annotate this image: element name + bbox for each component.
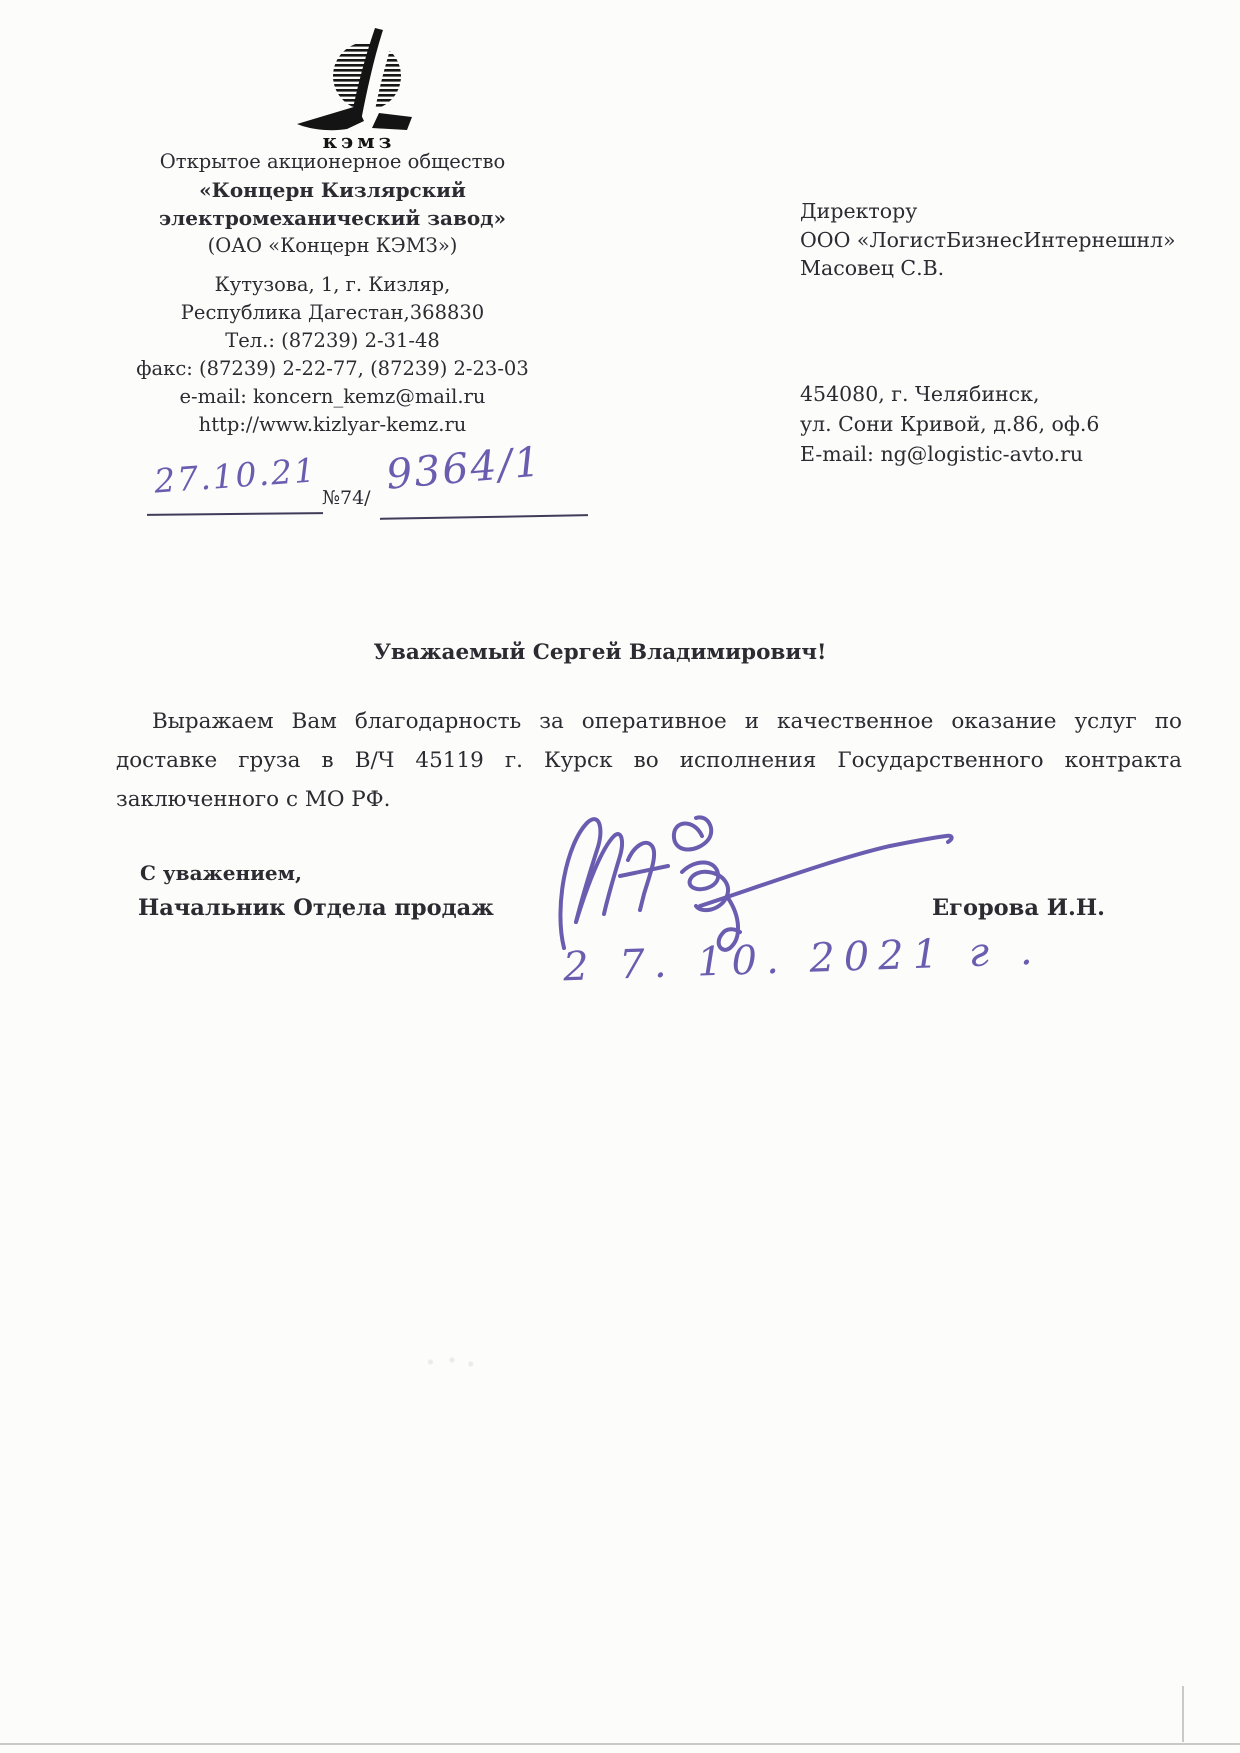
reference-number-prefix: №74/ xyxy=(322,487,371,509)
aircraft-wing xyxy=(297,106,364,130)
signer-position: Начальник Отдела продаж xyxy=(138,895,494,921)
org-short-name: (ОАО «Концерн КЭМЗ») xyxy=(105,232,560,260)
recipient-block: Директору ООО «ЛогистБизнесИнтернешнл» М… xyxy=(800,197,1240,283)
recipient-person: Масовец С.В. xyxy=(800,254,1240,283)
number-underline xyxy=(380,514,588,520)
kemz-logo: кэмз xyxy=(295,28,425,156)
recipient-company: ООО «ЛогистБизнесИнтернешнл» xyxy=(800,226,1240,255)
scan-edge-artifact-right xyxy=(1182,1686,1184,1742)
closing-regards: С уважением, xyxy=(140,861,302,885)
sender-phone: Тел.: (87239) 2-31-48 xyxy=(105,327,560,355)
sender-contacts: Кутузова, 1, г. Кизляр, Республика Дагес… xyxy=(105,271,560,439)
scanned-letter-page: кэмз Открытое акционерное общество «Конц… xyxy=(0,0,1240,1753)
sender-street: Кутузова, 1, г. Кизляр, xyxy=(105,271,560,299)
date-underline xyxy=(147,512,323,516)
aircraft-base xyxy=(372,113,412,130)
handwritten-date: 27.10.21 xyxy=(147,450,324,501)
recipient-title: Директору xyxy=(800,197,1240,226)
org-name-line2: электромеханический завод» xyxy=(105,204,560,232)
sender-region: Республика Дагестан,368830 xyxy=(105,299,560,327)
sender-letterhead: Открытое акционерное общество «Концерн К… xyxy=(105,148,560,439)
recipient-street: ул. Сони Кривой, д.86, оф.6 xyxy=(800,409,1240,439)
sender-website: http://www.kizlyar-kemz.ru xyxy=(105,411,560,439)
org-name-line1: «Концерн Кизлярский xyxy=(105,176,560,204)
recipient-address: 454080, г. Челябинск, ул. Сони Кривой, д… xyxy=(800,379,1240,469)
sender-fax: факс: (87239) 2-22-77, (87239) 2-23-03 xyxy=(105,355,560,383)
salutation: Уважаемый Сергей Владимирович! xyxy=(320,640,880,665)
sender-email: e-mail: koncern_kemz@mail.ru xyxy=(105,383,560,411)
scan-edge-artifact-bottom xyxy=(0,1743,1240,1745)
recipient-postal: 454080, г. Челябинск, xyxy=(800,379,1240,409)
recipient-email: E-mail: ng@logistic-avto.ru xyxy=(800,439,1240,469)
scan-smudge-artifact xyxy=(418,1352,480,1372)
org-type: Открытое акционерное общество xyxy=(105,148,560,176)
handwritten-reference-number: 9364/1 xyxy=(384,437,544,498)
